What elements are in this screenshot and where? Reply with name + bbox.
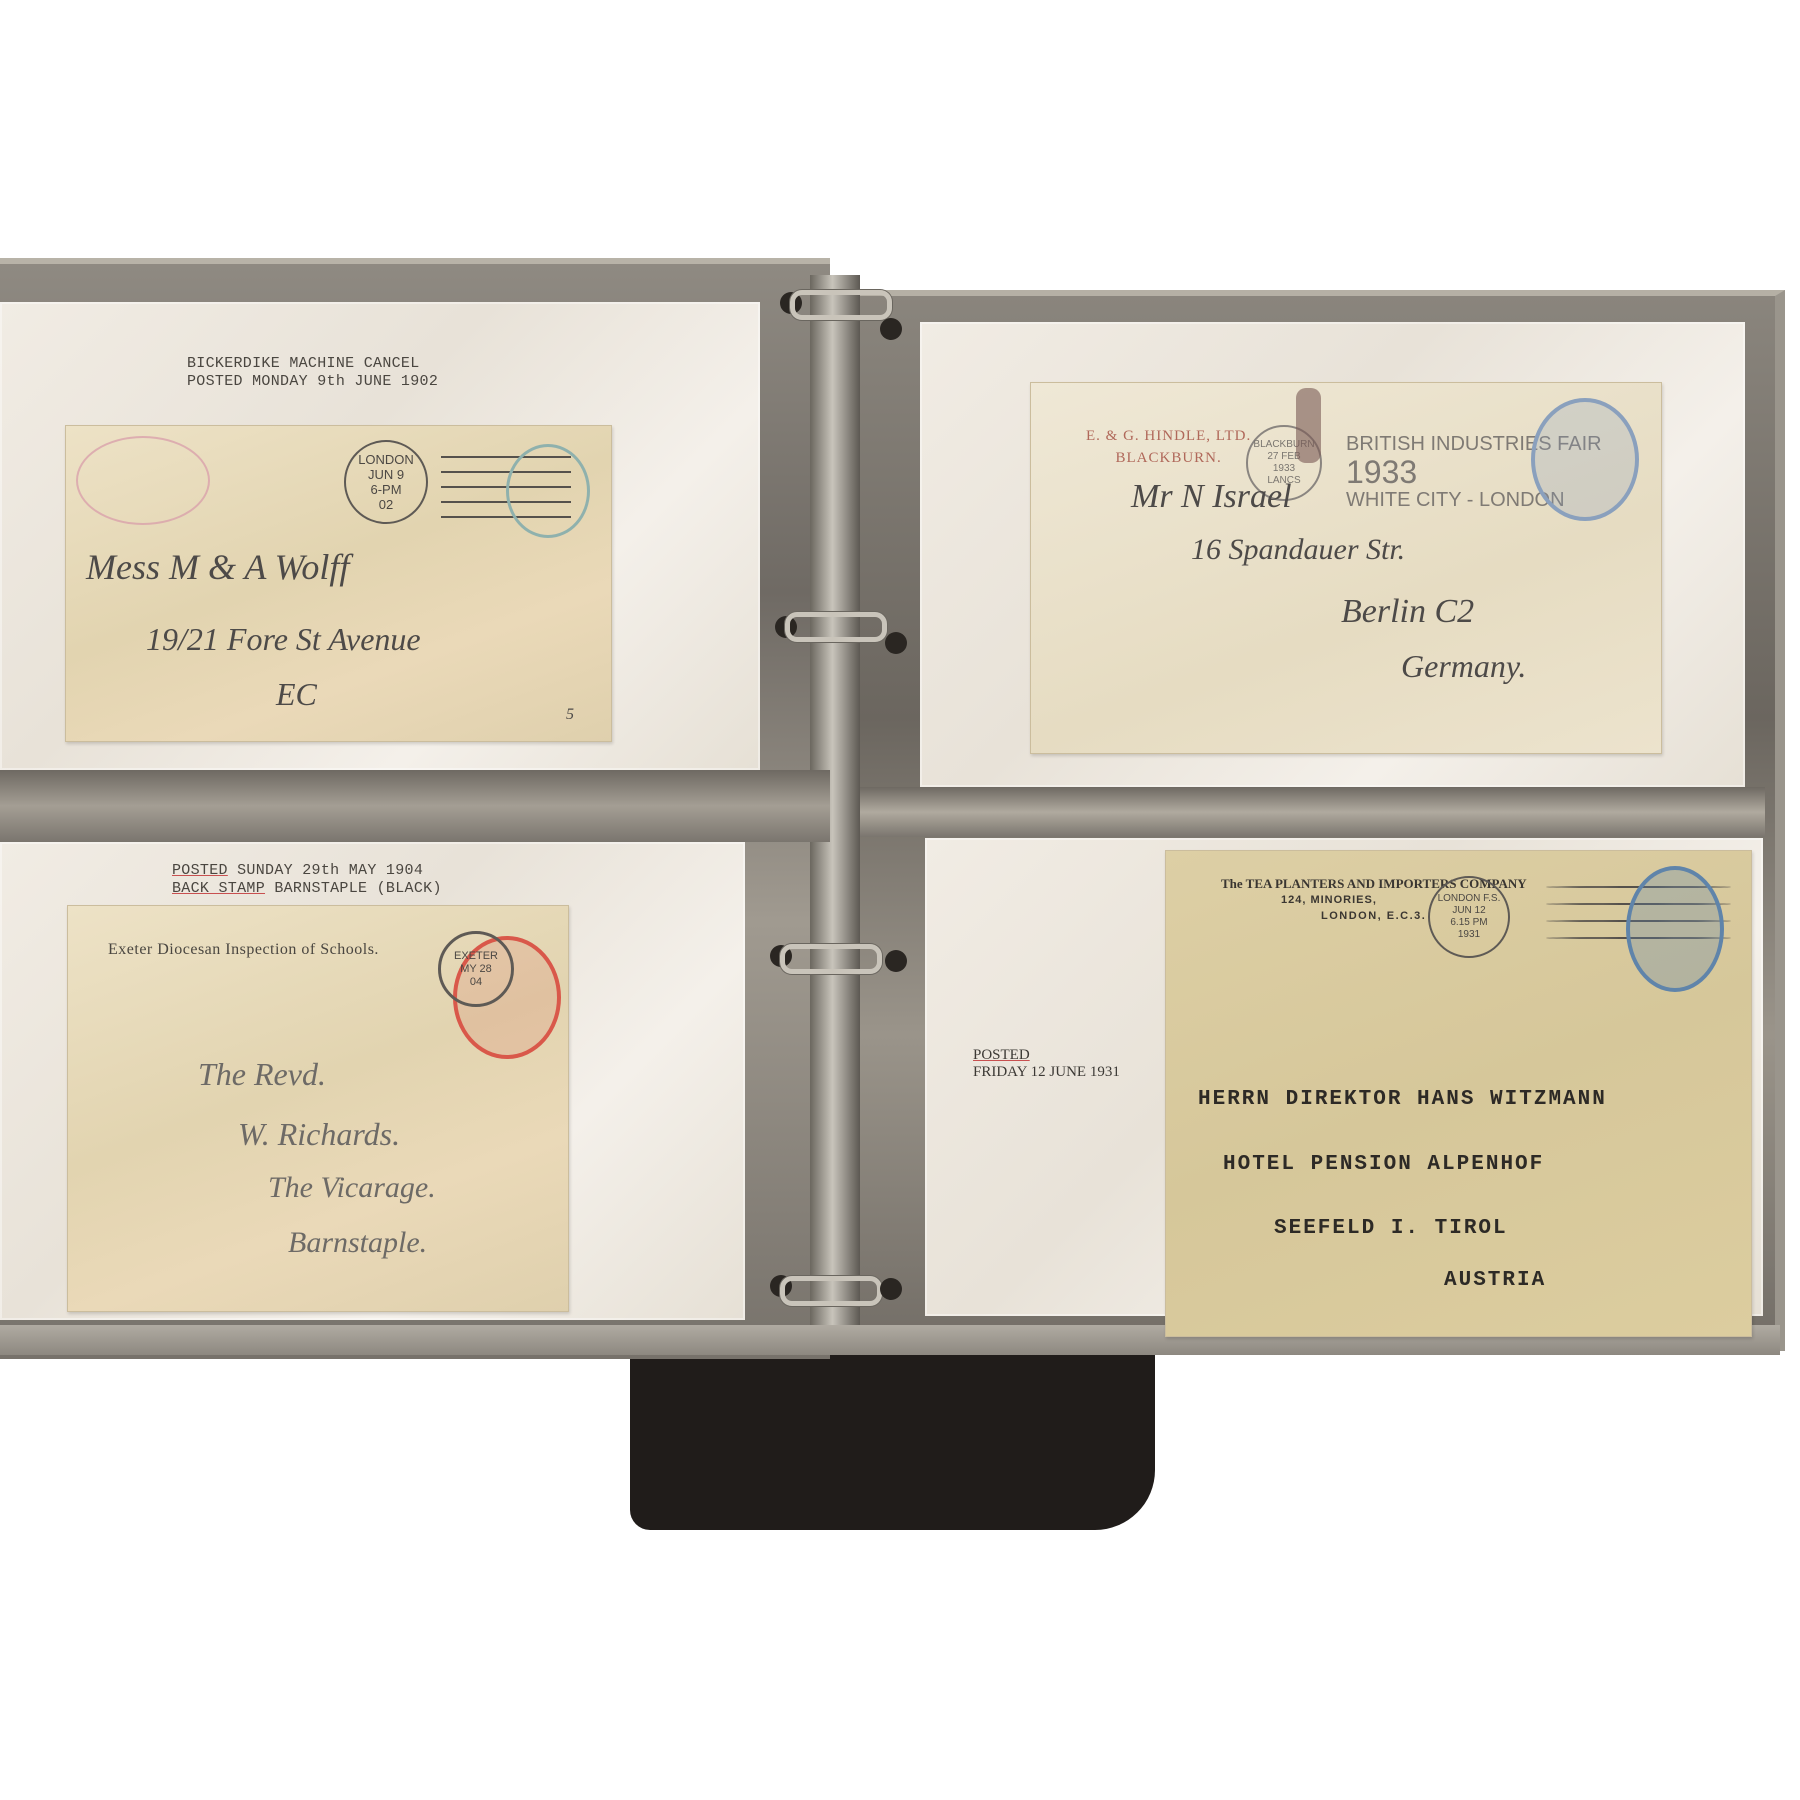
exeter-postmark: EXETER MY 28 04 (438, 931, 514, 1007)
address-line: Barnstaple. (288, 1226, 427, 1260)
page-divider-left (0, 770, 830, 842)
cover-label: BICKERDIKE MACHINE CANCEL POSTED MONDAY … (187, 355, 438, 391)
postage-stamp-icon (1626, 866, 1724, 992)
postmark-year: 1931 (1458, 929, 1480, 941)
address-line: SEEFELD I. TIROL (1274, 1217, 1508, 1240)
ring-hole (880, 318, 902, 340)
label-line: POSTED SUNDAY 29th MAY 1904 (172, 862, 442, 880)
address-line: EC (276, 676, 317, 713)
ring-hole (885, 950, 907, 972)
postmark-date: JUN 9 (368, 467, 404, 482)
label-line: POSTED MONDAY 9th JUNE 1902 (187, 373, 438, 391)
postmark-date: JUN 12 (1452, 905, 1485, 917)
underlined-word: POSTED (172, 862, 228, 879)
label-line: POSTED (973, 1047, 1120, 1064)
london-fs-postmark: LONDON F.S. JUN 12 6.15 PM 1931 (1428, 876, 1510, 958)
address-line: Mr N Israel (1131, 478, 1292, 516)
postmark-year: 02 (379, 497, 393, 512)
address-line: AUSTRIA (1444, 1269, 1546, 1292)
sender-imprint: Exeter Diocesan Inspection of Schools. (108, 941, 379, 959)
postmark-town: LONDON (358, 452, 414, 467)
sender-imprint: E. & G. HINDLE, LTD. BLACKBURN. (1086, 425, 1251, 469)
address-line: 19/21 Fore St Avenue (146, 621, 421, 658)
cover-envelope-1931[interactable]: The TEA PLANTERS AND IMPORTERS COMPANY 1… (1165, 850, 1752, 1337)
page-divider-right (860, 787, 1765, 837)
binder-ring[interactable] (780, 1276, 882, 1306)
binder-ring[interactable] (785, 612, 887, 642)
binder-ring[interactable] (790, 290, 892, 320)
postmark-time: 6-PM (370, 482, 401, 497)
address-line: Mess M & A Wolff (86, 546, 349, 588)
sender-oval-handstamp (76, 436, 210, 525)
postmark-date: MY 28 (460, 963, 492, 976)
crown-stamp-icon (1531, 398, 1639, 521)
binder-ring[interactable] (780, 944, 882, 974)
address-line: W. Richards. (238, 1116, 400, 1153)
london-postmark: LONDON JUN 9 6-PM 02 (344, 440, 428, 524)
ring-hole (885, 632, 907, 654)
address-line: 16 Spandauer Str. (1191, 533, 1405, 567)
cover-envelope-1933[interactable]: E. & G. HINDLE, LTD. BLACKBURN. BLACKBUR… (1030, 382, 1662, 754)
postmark-year: 1933 (1273, 463, 1295, 475)
cover-envelope-1902[interactable]: LONDON JUN 9 6-PM 02 Mess M & A Wolff 19… (65, 425, 612, 742)
ink-stain (1296, 388, 1321, 463)
cover-label: POSTED FRIDAY 12 JUNE 1931 (973, 1047, 1120, 1081)
label-line: FRIDAY 12 JUNE 1931 (973, 1064, 1120, 1081)
label-line: BICKERDIKE MACHINE CANCEL (187, 355, 438, 373)
postmark-time: 6.15 PM (1450, 917, 1487, 929)
ring-hole (880, 1278, 902, 1300)
address-line: HOTEL PENSION ALPENHOF (1223, 1153, 1544, 1176)
underlined-word: BACK STAMP (172, 880, 265, 897)
sender-line: BLACKBURN. (1086, 447, 1251, 469)
address-line: The Vicarage. (268, 1171, 436, 1205)
cover-label: POSTED SUNDAY 29th MAY 1904 BACK STAMP B… (172, 862, 442, 898)
address-line: Berlin C2 (1341, 593, 1474, 631)
address-line: Germany. (1401, 648, 1526, 685)
corner-note: 5 (566, 706, 574, 724)
postmark-town: LONDON F.S. (1438, 893, 1501, 905)
address-line: The Revd. (198, 1056, 326, 1093)
sender-line: E. & G. HINDLE, LTD. (1086, 425, 1251, 447)
postmark-town: EXETER (454, 950, 498, 963)
cover-envelope-1904[interactable]: Exeter Diocesan Inspection of Schools. E… (67, 905, 569, 1312)
address-line: HERRN DIREKTOR HANS WITZMANN (1198, 1088, 1607, 1111)
postmark-year: 04 (470, 976, 482, 989)
album-cover-bottom (630, 1335, 1155, 1530)
halfpenny-stamp-icon (506, 444, 590, 538)
label-line: BACK STAMP BARNSTAPLE (BLACK) (172, 880, 442, 898)
